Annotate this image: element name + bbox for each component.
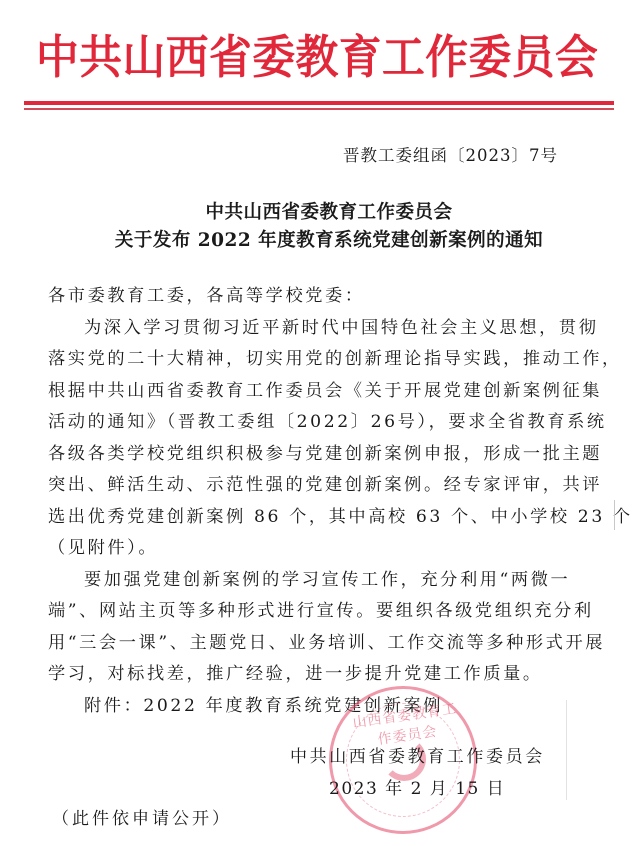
attachment-line: 附件：2022 年度教育系统党建创新案例: [84, 694, 443, 718]
disclosure-note: （此件依申请公开）: [52, 804, 232, 829]
letterhead-rule-thick: [24, 101, 614, 105]
scan-artifact: [566, 700, 567, 800]
body-line: 选出优秀党建创新案例 86 个，其中高校 63 个、中小学校 23 个: [48, 505, 633, 529]
salutation: 各市委教育工委，各高等学校党委：: [48, 284, 365, 308]
body-line: 落实党的二十大精神，切实用党的创新理论指导实践，推动工作，: [48, 347, 622, 371]
document-title-line-2: 关于发布 2022 年度教育系统党建创新案例的通知: [10, 226, 638, 252]
body-line: 学习，对标找差，推广经验，进一步提升党建工作质量。: [48, 662, 543, 686]
signature-organization: 中共山西省委教育工作委员会: [290, 742, 545, 767]
body-line: （见附件）。: [48, 536, 158, 560]
signature-date: 2023 年 2 月 15 日: [329, 774, 505, 799]
letterhead-title: 中共山西省委教育工作委员会: [36, 22, 562, 92]
scan-artifact: [614, 500, 615, 530]
body-line: 端”、网站主页等多种形式进行宣传。要组织各级党组织充分利: [48, 599, 594, 623]
body-line: 根据中共山西省委教育工作委员会《关于开展党建创新案例征集: [48, 379, 602, 403]
document-number: 晋教工委组函〔2023〕7号: [343, 142, 558, 166]
document-title-line-1: 中共山西省委教育工作委员会: [10, 198, 638, 224]
body-line: 要加强党建创新案例的学习宣传工作，充分利用“两微一: [84, 568, 570, 592]
letterhead-rule-thin: [24, 108, 614, 110]
body-line: 活动的通知》（晋教工委组〔2022〕26号），要求全省教育系统: [48, 410, 607, 434]
body-line: 用“三会一课”、主题党日、业务培训、工作交流等多种形式开展: [48, 631, 605, 655]
body-line: 各级各类学校党组织积极参与党建创新案例申报，形成一批主题: [48, 442, 602, 466]
body-line: 突出、鲜活生动、示范性强的党建创新案例。经专家评审，共评: [48, 473, 602, 497]
body-line: 为深入学习贯彻习近平新时代中国特色社会主义思想，贯彻: [84, 316, 598, 340]
